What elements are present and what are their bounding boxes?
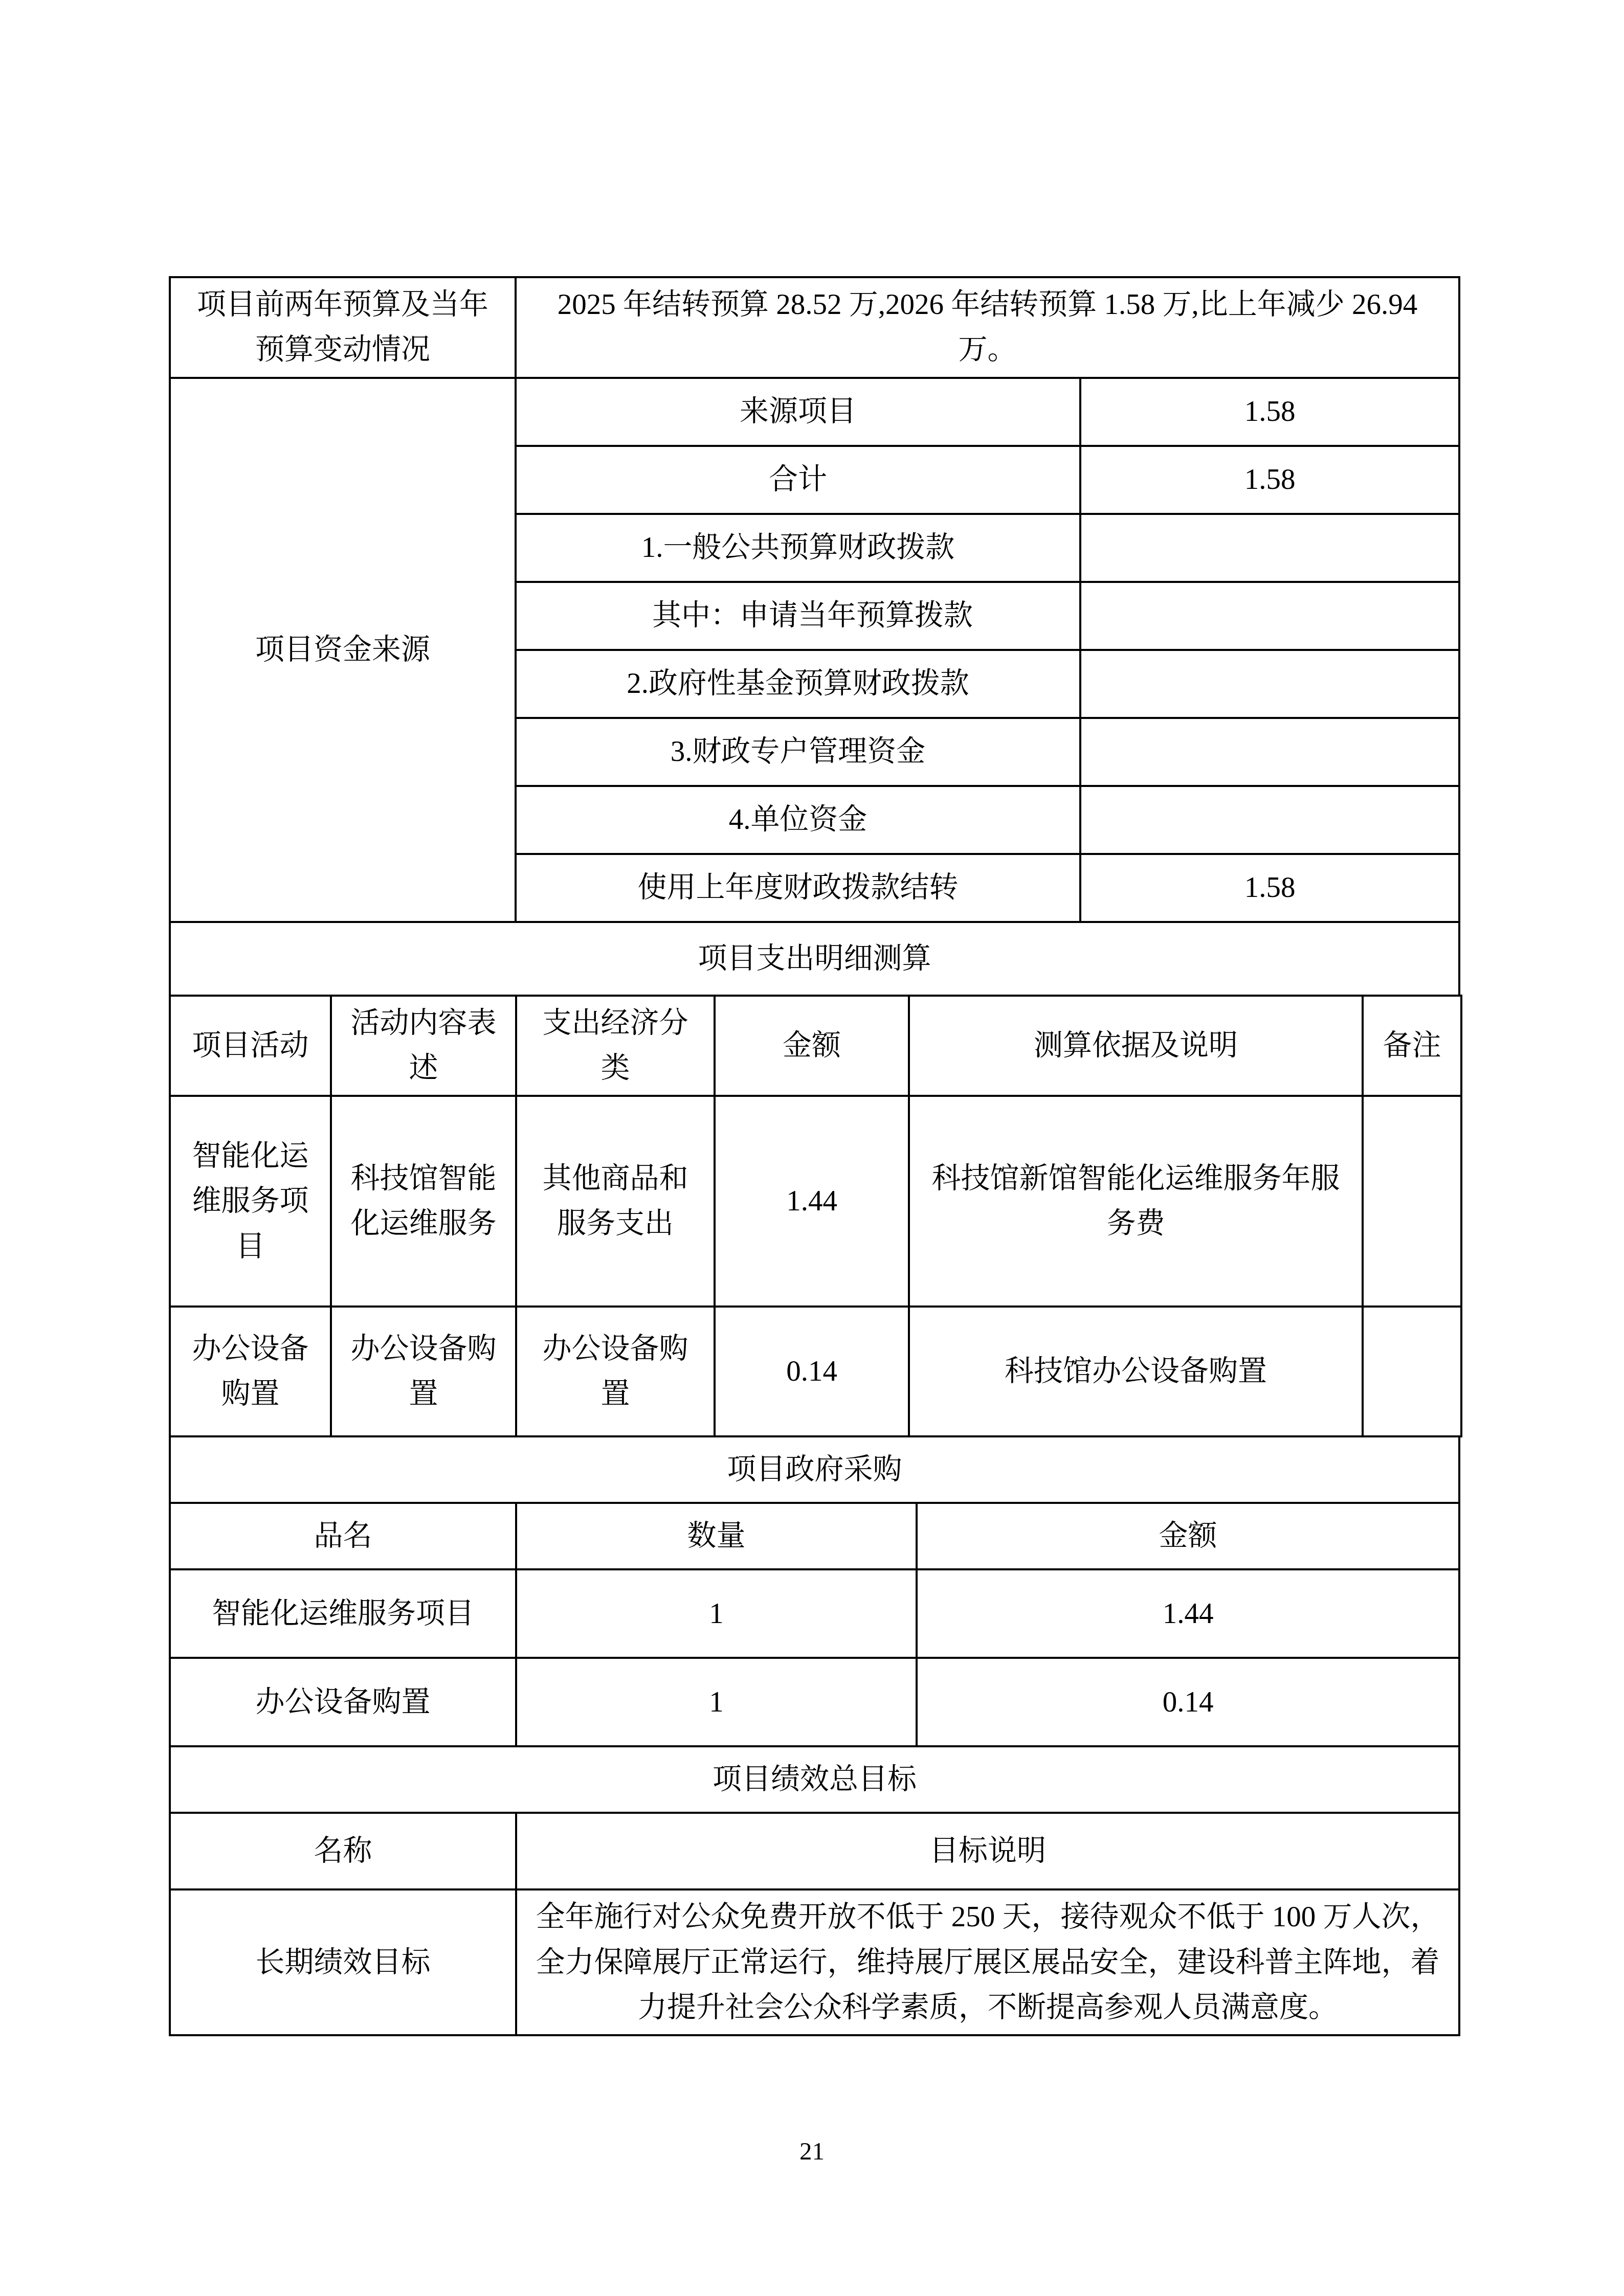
- document-page: 项目前两年预算及当年预算变动情况 2025 年结转预算 28.52 万,2026…: [0, 0, 1624, 2296]
- funding-item-label: 使用上年度财政拨款结转: [516, 854, 1080, 922]
- remark-cell: [1363, 1096, 1461, 1307]
- funding-item-value: 1.58: [1080, 378, 1459, 446]
- quantity-cell: 1: [516, 1658, 917, 1746]
- performance-title: 项目绩效总目标: [170, 1746, 1459, 1813]
- quantity-cell: 1: [516, 1569, 917, 1658]
- funding-item-label: 2.政府性基金预算财政拨款: [516, 650, 1080, 718]
- budget-change-section: 项目前两年预算及当年预算变动情况 2025 年结转预算 28.52 万,2026…: [169, 276, 1460, 379]
- column-header: 测算依据及说明: [909, 996, 1363, 1096]
- funding-item-value: [1080, 582, 1459, 650]
- amount-cell: 0.14: [715, 1307, 909, 1436]
- economic-class-cell: 办公设备购置: [516, 1307, 715, 1436]
- expense-detail-title-band: 项目支出明细测算: [169, 921, 1460, 997]
- funding-item-label: 3.财政专户管理资金: [516, 718, 1080, 786]
- basis-cell: 科技馆新馆智能化运维服务年服务费: [909, 1096, 1363, 1307]
- remark-cell: [1363, 1307, 1461, 1436]
- column-header: 支出经济分类: [516, 996, 715, 1096]
- basis-cell: 科技馆办公设备购置: [909, 1307, 1363, 1436]
- activity-cell: 智能化运维服务项目: [170, 1096, 331, 1307]
- performance-title-band: 项目绩效总目标: [169, 1745, 1460, 1814]
- budget-change-label: 项目前两年预算及当年预算变动情况: [170, 277, 516, 378]
- column-header: 数量: [516, 1503, 917, 1569]
- funding-item-label: 合计: [516, 446, 1080, 514]
- procurement-title: 项目政府采购: [170, 1436, 1459, 1503]
- funding-item-value: 1.58: [1080, 446, 1459, 514]
- activity-desc-cell: 办公设备购置: [331, 1307, 516, 1436]
- goal-name-cell: 长期绩效目标: [170, 1889, 516, 2035]
- amount-cell: 1.44: [715, 1096, 909, 1307]
- procurement-title-band: 项目政府采购: [169, 1435, 1460, 1504]
- column-header: 金额: [715, 996, 909, 1096]
- budget-detail-table: 项目前两年预算及当年预算变动情况 2025 年结转预算 28.52 万,2026…: [169, 276, 1460, 2036]
- funding-source-label: 项目资金来源: [170, 378, 516, 922]
- column-header: 金额: [917, 1503, 1459, 1569]
- page-number: 21: [0, 2136, 1624, 2166]
- budget-change-content: 2025 年结转预算 28.52 万,2026 年结转预算 1.58 万,比上年…: [516, 277, 1459, 378]
- funding-source-section: 项目资金来源 来源项目 1.58 合计 1.58 1.一般公共预算财政拨款 其中…: [169, 377, 1460, 923]
- economic-class-cell: 其他商品和服务支出: [516, 1096, 715, 1307]
- funding-item-label: 其中：申请当年预算拨款: [516, 582, 1080, 650]
- expense-detail-title: 项目支出明细测算: [170, 922, 1459, 996]
- funding-item-value: [1080, 514, 1459, 582]
- expense-detail-section: 项目活动 活动内容表述 支出经济分类 金额 测算依据及说明 备注 智能化运维服务…: [169, 995, 1462, 1438]
- item-name-cell: 办公设备购置: [170, 1658, 516, 1746]
- performance-section: 名称 目标说明 长期绩效目标 全年施行对公众免费开放不低于 250 天，接待观众…: [169, 1812, 1460, 2036]
- column-header: 目标说明: [516, 1813, 1459, 1889]
- amount-cell: 0.14: [917, 1658, 1459, 1746]
- amount-cell: 1.44: [917, 1569, 1459, 1658]
- procurement-section: 品名 数量 金额 智能化运维服务项目 1 1.44 办公设备购置 1 0.14: [169, 1502, 1460, 1747]
- column-header: 活动内容表述: [331, 996, 516, 1096]
- funding-item-label: 来源项目: [516, 378, 1080, 446]
- funding-item-label: 1.一般公共预算财政拨款: [516, 514, 1080, 582]
- activity-cell: 办公设备购置: [170, 1307, 331, 1436]
- goal-description-cell: 全年施行对公众免费开放不低于 250 天，接待观众不低于 100 万人次，全力保…: [516, 1889, 1459, 2035]
- column-header: 备注: [1363, 996, 1461, 1096]
- funding-item-value: [1080, 786, 1459, 854]
- column-header: 名称: [170, 1813, 516, 1889]
- activity-desc-cell: 科技馆智能化运维服务: [331, 1096, 516, 1307]
- funding-item-value: [1080, 718, 1459, 786]
- funding-item-value: 1.58: [1080, 854, 1459, 922]
- column-header: 品名: [170, 1503, 516, 1569]
- item-name-cell: 智能化运维服务项目: [170, 1569, 516, 1658]
- column-header: 项目活动: [170, 996, 331, 1096]
- funding-item-value: [1080, 650, 1459, 718]
- funding-item-label: 4.单位资金: [516, 786, 1080, 854]
